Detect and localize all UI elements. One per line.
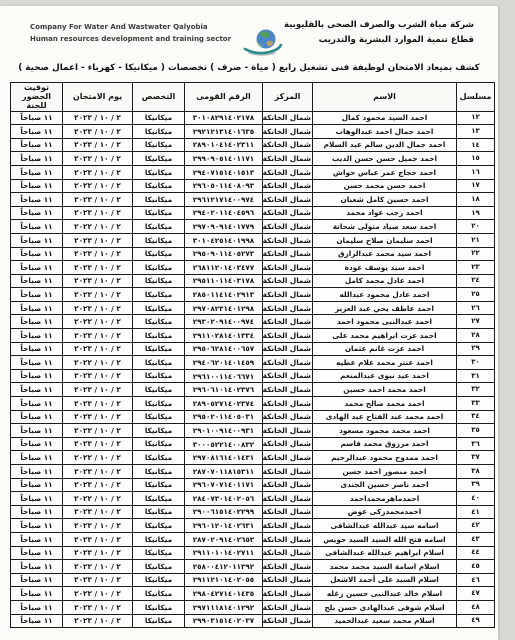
company-ar-line1: شركة مياة الشرب والصرف الصحى بالقليوبية [284, 18, 474, 33]
name-cell: اسامه سيد عبدالله عبدالشافى [313, 519, 457, 533]
specialization-cell: ميكانيكا [133, 288, 185, 302]
attendance-time-cell: ١١ صباحاً [11, 247, 63, 261]
specialization-cell: ميكانيكا [133, 356, 185, 370]
specialization-cell: ميكانيكا [133, 315, 185, 329]
name-cell: اسلام ابراهيم عبدالله عبدالشافى [313, 546, 457, 560]
serial-cell: ٢٦ [457, 301, 495, 315]
name-cell: احمد ناصر حسين الجندى [313, 478, 457, 492]
exam-day-cell: ٢ / ١٠ / ٢٠٢٢ [63, 193, 133, 207]
serial-cell: ٢٧ [457, 315, 495, 329]
name-cell: احمد رجب عواد محمد [313, 206, 457, 220]
table-row: ٤٠احمدماهرمحمداحمدشمال الخانكة٢٨٤٠٧٣٠١٤٠… [11, 492, 495, 506]
national-id-cell: ٢٩٧٠٨١٦١٤٠١٤٣١ [185, 451, 263, 465]
specialization-cell: ميكانيكا [133, 369, 185, 383]
serial-cell: ٢٨ [457, 329, 495, 343]
specialization-cell: ميكانيكا [133, 233, 185, 247]
exam-day-cell: ٢ / ١٠ / ٢٠٢٢ [63, 356, 133, 370]
national-id-cell: ٢٩٧١١١٨١٤٠١٢٩٢ [185, 600, 263, 614]
attendance-time-cell: ١١ صباحاً [11, 573, 63, 587]
specialization-cell: ميكانيكا [133, 125, 185, 139]
name-cell: احمد جمال الدين سالم عبد السلام [313, 138, 457, 152]
serial-cell: ٢١ [457, 233, 495, 247]
attendance-time-cell: ١١ صباحاً [11, 179, 63, 193]
table-row: ١٣احمد جمال احمد عبدالوهابشمال الخانكة٢٩… [11, 125, 495, 139]
exam-day-cell: ٢ / ١٠ / ٢٠٢٢ [63, 179, 133, 193]
table-row: ١٩احمد رجب عواد محمدشمال الخانكة٢٩٤٠٢٠١١… [11, 206, 495, 220]
specialization-cell: ميكانيكا [133, 451, 185, 465]
attendance-time-cell: ١١ صباحاً [11, 342, 63, 356]
specialization-cell: ميكانيكا [133, 193, 185, 207]
specialization-cell: ميكانيكا [133, 152, 185, 166]
specialization-cell: ميكانيكا [133, 179, 185, 193]
table-row: ٢٠احمد سعد صياد متولى شحاتةشمال الخانكة٢… [11, 220, 495, 234]
serial-cell: ٣٦ [457, 437, 495, 451]
serial-cell: ٤٣ [457, 532, 495, 546]
specialization-cell: ميكانيكا [133, 410, 185, 424]
specialization-cell: ميكانيكا [133, 261, 185, 275]
center-cell: شمال الخانكة [263, 342, 313, 356]
attendance-time-cell: ١١ صباحاً [11, 111, 63, 125]
exam-day-cell: ٢ / ١٠ / ٢٠٢٢ [63, 573, 133, 587]
national-id-cell: ٢٩١١٠٢٨١٤٠١٣٣٤ [185, 329, 263, 343]
attendance-time-cell: ١١ صباحاً [11, 587, 63, 601]
national-id-cell: ٢٩٤٠٢٠١١٤٠٤٥٩٦ [185, 206, 263, 220]
attendance-time-cell: ١١ صباحاً [11, 492, 63, 506]
table-row: ١٥احمد جميل حسن حسن الديبشمال الخانكة٢٩٩… [11, 152, 495, 166]
table-row: ٤١احمدمحمدزكى عوضشمال الخانكة٢٩٠٠٦١٥١٤٠٢… [11, 505, 495, 519]
center-cell: شمال الخانكة [263, 206, 313, 220]
name-cell: احمد حسين كامل شعبان [313, 193, 457, 207]
exam-day-cell: ٢ / ١٠ / ٢٠٢٢ [63, 369, 133, 383]
serial-cell: ٣٩ [457, 478, 495, 492]
center-cell: شمال الخانكة [263, 437, 313, 451]
specialization-cell: ميكانيكا [133, 111, 185, 125]
center-cell: شمال الخانكة [263, 329, 313, 343]
serial-cell: ٢٣ [457, 261, 495, 275]
exam-day-cell: ٢ / ١٠ / ٢٠٢٢ [63, 410, 133, 424]
national-id-cell: ٢٩٥٠٢٠١١٤٠٥٠٣١ [185, 410, 263, 424]
center-cell: شمال الخانكة [263, 193, 313, 207]
national-id-cell: ٢٩٩٠٣١٥١٤٠٢٠٣٧ [185, 614, 263, 628]
exam-day-cell: ٢ / ١٠ / ٢٠٢٢ [63, 492, 133, 506]
serial-cell: ١٤ [457, 138, 495, 152]
name-cell: احمد جميل حسن حسن الديب [313, 152, 457, 166]
specialization-cell: ميكانيكا [133, 505, 185, 519]
specialization-cell: ميكانيكا [133, 478, 185, 492]
national-id-cell: ٢٨٧٠٢٠٩١٤٠٢٦٥٣ [185, 532, 263, 546]
national-id-cell: ٣٠٠٠٥٢٢١٤٠٠٨٣٢ [185, 437, 263, 451]
national-id-cell: ٢٩٧٠٨٢٣١٤٠١٢٩٨ [185, 301, 263, 315]
name-cell: احمد سيد محمد عبدالرازق [313, 247, 457, 261]
national-id-cell: ٢٩٦٠١٢٠١٤٠٢٦٣١ [185, 519, 263, 533]
specialization-cell: ميكانيكا [133, 301, 185, 315]
exam-day-cell: ٢ / ١٠ / ٢٠٢٢ [63, 546, 133, 560]
table-row: ١٧احمد حسن محمد حسنشمال الخانكة٢٩٦٠٥٠١١٤… [11, 179, 495, 193]
serial-cell: ٤٨ [457, 600, 495, 614]
national-id-cell: ٢٩٤٠٧١٥١٤٠١٥١٣ [185, 165, 263, 179]
table-row: ٢٨احمد عزت ابراهيم محمد علىشمال الخانكة٢… [11, 329, 495, 343]
center-cell: شمال الخانكة [263, 301, 313, 315]
attendance-time-cell: ١١ صباحاً [11, 315, 63, 329]
center-cell: شمال الخانكة [263, 125, 313, 139]
company-name-arabic: شركة مياة الشرب والصرف الصحى بالقليوبية … [284, 18, 474, 48]
exam-day-cell: ٢ / ١٠ / ٢٠٢٢ [63, 600, 133, 614]
name-cell: احمد عادل محمود عبدالله [313, 288, 457, 302]
exam-day-cell: ٢ / ١٠ / ٢٠٢٢ [63, 614, 133, 628]
center-cell: شمال الخانكة [263, 424, 313, 438]
specialization-cell: ميكانيكا [133, 342, 185, 356]
name-cell: احمد عبدالنبى محمود احمد [313, 315, 457, 329]
national-id-cell: ٢٩١١٠١٠١٤٠٢٧١١ [185, 546, 263, 560]
name-cell: اسلام شوقى عبدالهادى حسن بلح [313, 600, 457, 614]
national-id-cell: ٣٠١٠٨٢٩١٤٠٢١٧٨ [185, 111, 263, 125]
name-cell: احمد عزت غانم عثمان [313, 342, 457, 356]
specialization-cell: ميكانيكا [133, 274, 185, 288]
exam-day-cell: ٢ / ١٠ / ٢٠٢٢ [63, 397, 133, 411]
table-row: ٢٣احمد سيد يوسف عودةشمال الخانكة٢٦٨١١٢٠١… [11, 261, 495, 275]
center-cell: شمال الخانكة [263, 519, 313, 533]
serial-cell: ٣٢ [457, 383, 495, 397]
serial-cell: ٤٦ [457, 573, 495, 587]
national-id-cell: ٢٩٦١٠٠١١٤٠٦٦٧١ [185, 369, 263, 383]
name-cell: احمد سيد يوسف عودة [313, 261, 457, 275]
center-cell: شمال الخانكة [263, 573, 313, 587]
name-cell: احمد منصور احمد حسن [313, 465, 457, 479]
specialization-cell: ميكانيكا [133, 465, 185, 479]
national-id-cell: ٢٩٥٠٦٢٨١٤٠٠٦٥٧ [185, 342, 263, 356]
center-cell: شمال الخانكة [263, 397, 313, 411]
table-row: ١٨احمد حسين كامل شعبانشمال الخانكة٢٩٦١٢١… [11, 193, 495, 207]
national-id-cell: ٢٩١١٢١٠١٤٠٢٠٥٥ [185, 573, 263, 587]
center-cell: شمال الخانكة [263, 261, 313, 275]
national-id-cell: ٢٩٠١٠٠٩١٤٠٠٩٣١ [185, 424, 263, 438]
name-cell: احمد محمد عبد الفتاح عبد الهادى [313, 410, 457, 424]
center-cell: شمال الخانكة [263, 179, 313, 193]
serial-cell: ١٨ [457, 193, 495, 207]
national-id-cell: ٢٩٢١٢١٣١٤٠١٦٣٥ [185, 125, 263, 139]
center-cell: شمال الخانكة [263, 315, 313, 329]
company-name-english: Company For Water And Wastwater Qalyobia… [30, 22, 231, 46]
center-cell: شمال الخانكة [263, 383, 313, 397]
center-cell: شمال الخانكة [263, 111, 313, 125]
specialization-cell: ميكانيكا [133, 560, 185, 574]
name-cell: احمد حسن محمد حسن [313, 179, 457, 193]
exam-day-cell: ٢ / ١٠ / ٢٠٢٢ [63, 505, 133, 519]
center-cell: شمال الخانكة [263, 465, 313, 479]
attendance-time-cell: ١١ صباحاً [11, 138, 63, 152]
specialization-cell: ميكانيكا [133, 614, 185, 628]
attendance-time-cell: ١١ صباحاً [11, 560, 63, 574]
attendance-time-cell: ١١ صباحاً [11, 356, 63, 370]
attendance-time-cell: ١١ صباحاً [11, 383, 63, 397]
national-id-cell: ٢٩٧٠٩٠٩١٤٠١٧٧٩ [185, 220, 263, 234]
exam-day-cell: ٢ / ١٠ / ٢٠٢٢ [63, 587, 133, 601]
specialization-cell: ميكانيكا [133, 437, 185, 451]
center-cell: شمال الخانكة [263, 505, 313, 519]
table-row: ٣١احمد عيد نبوى عبدالمنعمشمال الخانكة٢٩٦… [11, 369, 495, 383]
national-id-cell: ٢٩٦٠٥٠١١٤٠٨٠٩٣ [185, 179, 263, 193]
serial-cell: ٤٧ [457, 587, 495, 601]
table-row: ٣٢احمد محمد احمد حسينشمال الخانكة٢٩٦٠٦١٠… [11, 383, 495, 397]
serial-cell: ٤٩ [457, 614, 495, 628]
national-id-cell: ٢٨٩٠١٠٤١٤٠٢٣١١ [185, 138, 263, 152]
table-row: ١٢احمد السيد محمود كمالشمال الخانكة٣٠١٠٨… [11, 111, 495, 125]
table-row: ٢٩احمد عزت غانم عثمانشمال الخانكة٢٩٥٠٦٢٨… [11, 342, 495, 356]
attendance-time-cell: ١١ صباحاً [11, 369, 63, 383]
company-ar-line2: قطاع تنمية الموارد البشرية والتدريب [284, 33, 474, 48]
exam-day-cell: ٢ / ١٠ / ٢٠٢٢ [63, 560, 133, 574]
national-id-cell: ٣٠١٠٤٢٥١٤٠١٩٩٨ [185, 233, 263, 247]
center-cell: شمال الخانكة [263, 220, 313, 234]
attendance-time-cell: ١١ صباحاً [11, 152, 63, 166]
serial-cell: ٣١ [457, 369, 495, 383]
center-cell: شمال الخانكة [263, 233, 313, 247]
name-cell: احمد سعد صياد متولى شحاتة [313, 220, 457, 234]
exam-day-cell: ٢ / ١٠ / ٢٠٢٢ [63, 329, 133, 343]
table-row: ٢٤احمد عادل محمد كاملشمال الخانكة٢٩٥١١٠١… [11, 274, 495, 288]
exam-day-cell: ٢ / ١٠ / ٢٠٢٢ [63, 233, 133, 247]
exam-day-cell: ٢ / ١٠ / ٢٠٢٢ [63, 519, 133, 533]
serial-cell: ٢٤ [457, 274, 495, 288]
header-attendance-time: توقيت الحضور للجنة [11, 83, 63, 112]
table-row: ٤٨اسلام شوقى عبدالهادى حسن بلحشمال الخان… [11, 600, 495, 614]
table-row: ٤٤اسلام ابراهيم عبدالله عبدالشافىشمال ال… [11, 546, 495, 560]
national-id-cell: ٢٩٠٠٦١٥١٤٠٢٢٩٩ [185, 505, 263, 519]
exam-day-cell: ٢ / ١٠ / ٢٠٢٢ [63, 465, 133, 479]
serial-cell: ٤٠ [457, 492, 495, 506]
attendance-time-cell: ١١ صباحاً [11, 478, 63, 492]
attendance-time-cell: ١١ صباحاً [11, 505, 63, 519]
center-cell: شمال الخانكة [263, 410, 313, 424]
attendance-time-cell: ١١ صباحاً [11, 437, 63, 451]
center-cell: شمال الخانكة [263, 274, 313, 288]
header-exam-day: يوم الامتحان [63, 83, 133, 112]
attendance-time-cell: ١١ صباحاً [11, 614, 63, 628]
center-cell: شمال الخانكة [263, 478, 313, 492]
name-cell: اسامه فتح الله السيد السيد حويس [313, 532, 457, 546]
serial-cell: ٣٠ [457, 356, 495, 370]
serial-cell: ٢٢ [457, 247, 495, 261]
specialization-cell: ميكانيكا [133, 329, 185, 343]
name-cell: احمد محمد صالح محمد [313, 397, 457, 411]
center-cell: شمال الخانكة [263, 288, 313, 302]
name-cell: احمد حجاج عمر عباس حواش [313, 165, 457, 179]
table-row: ٢٢احمد سيد محمد عبدالرازقشمال الخانكة٢٩٥… [11, 247, 495, 261]
specialization-cell: ميكانيكا [133, 546, 185, 560]
name-cell: اسلام خالد عبدالنبى حسين زغله [313, 587, 457, 601]
name-cell: احمد عزت ابراهيم محمد على [313, 329, 457, 343]
attendance-time-cell: ١١ صباحاً [11, 600, 63, 614]
national-id-cell: ٢٩٥١١٠١١٤٠٣١٧٨ [185, 274, 263, 288]
center-cell: شمال الخانكة [263, 165, 313, 179]
name-cell: احمد مرزوق محمد قاسم [313, 437, 457, 451]
center-cell: شمال الخانكة [263, 587, 313, 601]
specialization-cell: ميكانيكا [133, 397, 185, 411]
attendance-time-cell: ١١ صباحاً [11, 206, 63, 220]
serial-cell: ٢٩ [457, 342, 495, 356]
exam-day-cell: ٢ / ١٠ / ٢٠٢٢ [63, 383, 133, 397]
exam-day-cell: ٢ / ١٠ / ٢٠٢٢ [63, 424, 133, 438]
specialization-cell: ميكانيكا [133, 220, 185, 234]
name-cell: احمد عادل محمد كامل [313, 274, 457, 288]
serial-cell: ١٦ [457, 165, 495, 179]
header-center: المركز [263, 83, 313, 112]
table-row: ٤٧اسلام خالد عبدالنبى حسين زغلهشمال الخا… [11, 587, 495, 601]
national-id-cell: ٢٩٦٠٦١٠١٤٠٢٣٧٦ [185, 383, 263, 397]
serial-cell: ٣٤ [457, 410, 495, 424]
exam-day-cell: ٢ / ١٠ / ٢٠٢٢ [63, 165, 133, 179]
specialization-cell: ميكانيكا [133, 247, 185, 261]
serial-cell: ٣٧ [457, 451, 495, 465]
exam-day-cell: ٢ / ١٠ / ٢٠٢٢ [63, 274, 133, 288]
name-cell: احمدمحمدزكى عوض [313, 505, 457, 519]
serial-cell: ٤١ [457, 505, 495, 519]
table-row: ٤٢اسامه سيد عبدالله عبدالشافىشمال الخانك… [11, 519, 495, 533]
table-row: ١٦احمد حجاج عمر عباس حواششمال الخانكة٢٩٤… [11, 165, 495, 179]
national-id-cell: ٢٩٩٠٩٠٥١٤٠١١٧١ [185, 152, 263, 166]
attendance-time-cell: ١١ صباحاً [11, 465, 63, 479]
attendance-time-cell: ١١ صباحاً [11, 220, 63, 234]
exam-day-cell: ٢ / ١٠ / ٢٠٢٢ [63, 451, 133, 465]
name-cell: احمدماهرمحمداحمد [313, 492, 457, 506]
exam-table-body: ١٢احمد السيد محمود كمالشمال الخانكة٣٠١٠٨… [11, 111, 495, 628]
serial-cell: ٢٥ [457, 288, 495, 302]
name-cell: احمد محمد احمد حسين [313, 383, 457, 397]
national-id-cell: ٢٨٧٠٧٠١١٨١٥٣١١ [185, 465, 263, 479]
center-cell: شمال الخانكة [263, 138, 313, 152]
serial-cell: ٣٥ [457, 424, 495, 438]
attendance-time-cell: ١١ صباحاً [11, 165, 63, 179]
serial-cell: ٤٢ [457, 519, 495, 533]
attendance-time-cell: ١١ صباحاً [11, 274, 63, 288]
attendance-time-cell: ١١ صباحاً [11, 288, 63, 302]
company-en-line1: Company For Water And Wastwater Qalyobia [30, 22, 231, 34]
name-cell: احمد محمد محمود مسعود [313, 424, 457, 438]
table-row: ٣٤احمد محمد عبد الفتاح عبد الهادىشمال ال… [11, 410, 495, 424]
center-cell: شمال الخانكة [263, 614, 313, 628]
serial-cell: ٣٣ [457, 397, 495, 411]
table-row: ٣٩احمد ناصر حسين الجندىشمال الخانكة٢٩٦٠٧… [11, 478, 495, 492]
exam-day-cell: ٢ / ١٠ / ٢٠٢٢ [63, 206, 133, 220]
serial-cell: ١٣ [457, 125, 495, 139]
attendance-time-cell: ١١ صباحاً [11, 532, 63, 546]
attendance-time-cell: ١١ صباحاً [11, 125, 63, 139]
attendance-time-cell: ١١ صباحاً [11, 519, 63, 533]
table-row: ٢٦احمد عاطف يحي عبد العزيزشمال الخانكة٢٩… [11, 301, 495, 315]
exam-day-cell: ٢ / ١٠ / ٢٠٢٢ [63, 342, 133, 356]
national-id-cell: ٢٩٦١٢١٧١٤٠٠٩٧٤ [185, 193, 263, 207]
exam-day-cell: ٢ / ١٠ / ٢٠٢٢ [63, 125, 133, 139]
exam-day-cell: ٢ / ١٠ / ٢٠٢٢ [63, 247, 133, 261]
company-en-line2: Human resources development and training… [30, 34, 231, 46]
exam-day-cell: ٢ / ١٠ / ٢٠٢٢ [63, 301, 133, 315]
attendance-time-cell: ١١ صباحاً [11, 546, 63, 560]
attendance-time-cell: ١١ صباحاً [11, 329, 63, 343]
name-cell: احمد عنتر محمد علام عطيه [313, 356, 457, 370]
center-cell: شمال الخانكة [263, 492, 313, 506]
exam-day-cell: ٢ / ١٠ / ٢٠٢٢ [63, 478, 133, 492]
attendance-time-cell: ١١ صباحاً [11, 424, 63, 438]
document-page: Company For Water And Wastwater Qalyobia… [0, 6, 498, 640]
attendance-time-cell: ١١ صباحاً [11, 193, 63, 207]
national-id-cell: ٢٨٥٠١١٤١٤٠٢٩١٣ [185, 288, 263, 302]
national-id-cell: ٢٨٩٠٥٢٧١٤٠٢٣٧٤ [185, 397, 263, 411]
document-title: كشف بميعاد الامتحان لوظيفة فنى تشغيل راب… [0, 63, 498, 73]
exam-day-cell: ٢ / ١٠ / ٢٠٢٢ [63, 111, 133, 125]
serial-cell: ٤٥ [457, 560, 495, 574]
table-row: ٣٧احمد ممدوح محمود عبدالرحيمشمال الخانكة… [11, 451, 495, 465]
serial-cell: ٢٠ [457, 220, 495, 234]
exam-day-cell: ٢ / ١٠ / ٢٠٢٢ [63, 138, 133, 152]
national-id-cell: ٢٩٤٠٦٢٠١٤٠١٤٥٩ [185, 356, 263, 370]
table-row: ٣٥احمد محمد محمود مسعودشمال الخانكة٢٩٠١٠… [11, 424, 495, 438]
national-id-cell: ٢٦٨١١٢٠١٤٠٣٤٧٧ [185, 261, 263, 275]
table-row: ٢٥احمد عادل محمود عبداللهشمال الخانكة٢٨٥… [11, 288, 495, 302]
table-row: ٣٣احمد محمد صالح محمدشمال الخانكة٢٨٩٠٥٢٧… [11, 397, 495, 411]
national-id-cell: ٢٥٨٠٠٤١٢٠١١٣٩٢ [185, 560, 263, 574]
exam-day-cell: ٢ / ١٠ / ٢٠٢٢ [63, 437, 133, 451]
name-cell: احمد ممدوح محمود عبدالرحيم [313, 451, 457, 465]
serial-cell: ١٥ [457, 152, 495, 166]
exam-schedule-table: مسلسل الاسم المركز الرقم القومى التخصص ي… [10, 82, 495, 628]
attendance-time-cell: ١١ صباحاً [11, 451, 63, 465]
name-cell: اسلام اسامة السيد محمد محمد [313, 560, 457, 574]
center-cell: شمال الخانكة [263, 369, 313, 383]
exam-day-cell: ٢ / ١٠ / ٢٠٢٢ [63, 152, 133, 166]
center-cell: شمال الخانكة [263, 451, 313, 465]
name-cell: اسلام محمد سعيد عبدالحميد [313, 614, 457, 628]
specialization-cell: ميكانيكا [133, 600, 185, 614]
name-cell: احمد السيد محمود كمال [313, 111, 457, 125]
exam-day-cell: ٢ / ١٠ / ٢٠٢٢ [63, 261, 133, 275]
header-serial: مسلسل [457, 83, 495, 112]
name-cell: اسلام السيد على أحمد الاشعل [313, 573, 457, 587]
center-cell: شمال الخانكة [263, 600, 313, 614]
name-cell: احمد سليمان صلاح سليمان [313, 233, 457, 247]
specialization-cell: ميكانيكا [133, 492, 185, 506]
table-row: ٢٧احمد عبدالنبى محمود احمدشمال الخانكة٢٩… [11, 315, 495, 329]
name-cell: احمد عيد نبوى عبدالمنعم [313, 369, 457, 383]
center-cell: شمال الخانكة [263, 152, 313, 166]
specialization-cell: ميكانيكا [133, 138, 185, 152]
table-row: ٣٦احمد مرزوق محمد قاسمشمال الخانكة٣٠٠٠٥٢… [11, 437, 495, 451]
center-cell: شمال الخانكة [263, 532, 313, 546]
serial-cell: ٣٨ [457, 465, 495, 479]
specialization-cell: ميكانيكا [133, 424, 185, 438]
specialization-cell: ميكانيكا [133, 587, 185, 601]
table-row: ٤٥اسلام اسامة السيد محمد محمدشمال الخانك… [11, 560, 495, 574]
specialization-cell: ميكانيكا [133, 206, 185, 220]
exam-day-cell: ٢ / ١٠ / ٢٠٢٢ [63, 220, 133, 234]
company-logo-globe-icon [243, 28, 283, 58]
national-id-cell: ٢٩٣٠٢٠٩١٤٠٠٩٧٤ [185, 315, 263, 329]
table-row: ٤٦اسلام السيد على أحمد الاشعلشمال الخانك… [11, 573, 495, 587]
exam-day-cell: ٢ / ١٠ / ٢٠٢٢ [63, 532, 133, 546]
serial-cell: ١٢ [457, 111, 495, 125]
table-row: ٣٨احمد منصور احمد حسنشمال الخانكة٢٨٧٠٧٠١… [11, 465, 495, 479]
serial-cell: ١٩ [457, 206, 495, 220]
name-cell: احمد عاطف يحي عبد العزيز [313, 301, 457, 315]
center-cell: شمال الخانكة [263, 247, 313, 261]
header-national-id: الرقم القومى [185, 83, 263, 112]
table-row: ٤٩اسلام محمد سعيد عبدالحميدشمال الخانكة٢… [11, 614, 495, 628]
table-row: ٤٣اسامه فتح الله السيد السيد حويسشمال ال… [11, 532, 495, 546]
national-id-cell: ٢٩٦٠٧٠٧١٤٠١١٧١ [185, 478, 263, 492]
serial-cell: ٤٤ [457, 546, 495, 560]
header-name: الاسم [313, 83, 457, 112]
specialization-cell: ميكانيكا [133, 383, 185, 397]
attendance-time-cell: ١١ صباحاً [11, 410, 63, 424]
